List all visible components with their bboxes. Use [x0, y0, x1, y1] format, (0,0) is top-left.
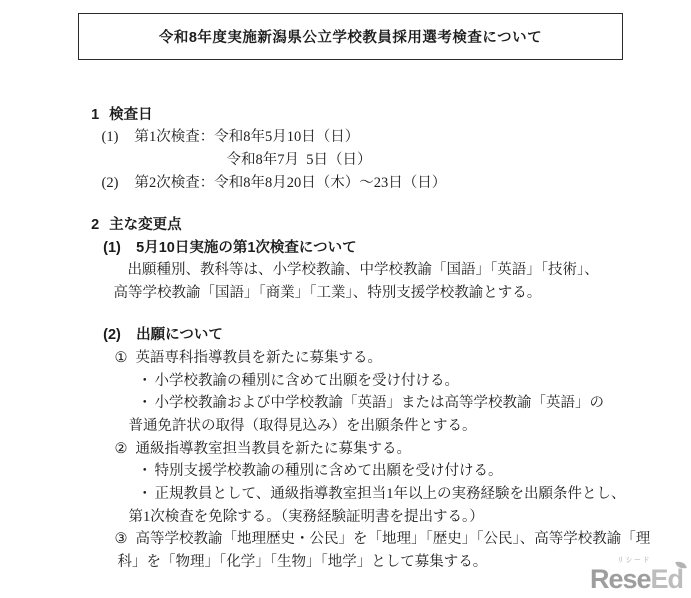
change-item-3-continuation: 科」を「物理」「化学」「生物」「地学」として募集する。 — [0, 528, 691, 551]
exam-2-label: 第2次検査： — [135, 175, 215, 191]
change-item-3-text-2: 科」を「物理」「化学」「生物」「地学」として募集する。 — [118, 554, 488, 570]
section-1-heading: 1検査日 — [0, 81, 691, 104]
reseed-logo-rese: Rese — [590, 564, 651, 594]
change-item-2-bullet-2: ・正規教員として、通級指導教室担当1年以上の実務経験を出願条件とし、 — [0, 460, 691, 483]
reseed-logo: リシード ReseEd — [590, 557, 683, 593]
exam-1-date-line: (1)第1次検査：令和8年5月10日（日） — [0, 104, 691, 127]
change-item-1-bullet-1: ・小学校教諭の種別に含めて出願を受け付ける。 — [0, 347, 691, 370]
subsection-1-heading: (1)5月10日実施の第1次検査について — [0, 214, 691, 237]
change-item-1: ①英語専科指導教員を新たに募集する。 — [0, 324, 691, 347]
reseed-logo-ed: Ed — [651, 566, 684, 593]
reseed-logo-wordmark: ReseEd — [590, 564, 683, 594]
document-page: 令和8年度実施新潟県公立学校教員採用選考検査について 1検査日 (1)第1次検査… — [0, 0, 691, 598]
change-item-1-bullet-2-continuation: 普通免許状の取得（取得見込み）を出願条件とする。 — [0, 392, 691, 415]
subsection-1-body-line-2: 高等学校教諭「国語」「商業」「工業」、特別支援学校教諭とする。 — [0, 259, 691, 282]
exam-2-date-line: (2)第2次検査：令和8年8月20日（木）～23日（日） — [0, 149, 691, 172]
change-item-1-bullet-2: ・小学校教諭および中学校教諭「英語」または高等学校教諭「英語」の — [0, 370, 691, 393]
exam-1-date-line-2: 令和8年7月 5日（日） — [0, 126, 691, 149]
document-title: 令和8年度実施新潟県公立学校教員採用選考検査について — [159, 26, 542, 47]
change-item-2: ②通級指導教室担当教員を新たに募集する。 — [0, 415, 691, 438]
change-item-2-bullet-1: ・特別支援学校教諭の種別に含めて出願を受け付ける。 — [0, 438, 691, 461]
change-item-2-bullet-2-continuation: 第1次検査を免除する。（実務経験証明書を提出する。） — [0, 483, 691, 506]
change-item-3: ③高等学校教諭「地理歴史・公民」を「地理」「歴史」「公民」、高等学校教諭「理 — [0, 506, 691, 529]
title-box: 令和8年度実施新潟県公立学校教員採用選考検査について — [78, 13, 623, 60]
section-2-heading: 2主な変更点 — [0, 191, 691, 214]
subsection-2-heading: (2)出願について — [0, 302, 691, 325]
reseed-logo-ed-text: Ed — [651, 564, 684, 594]
subsection-1-body-text-2: 高等学校教諭「国語」「商業」「工業」、特別支援学校教諭とする。 — [114, 285, 542, 301]
exam-2-date: 令和8年8月20日（木）～23日（日） — [214, 175, 446, 191]
subsection-1-body-line-1: 出願種別、教科等は、小学校教諭、中学校教諭「国語」「英語」「技術」、 — [0, 237, 691, 260]
